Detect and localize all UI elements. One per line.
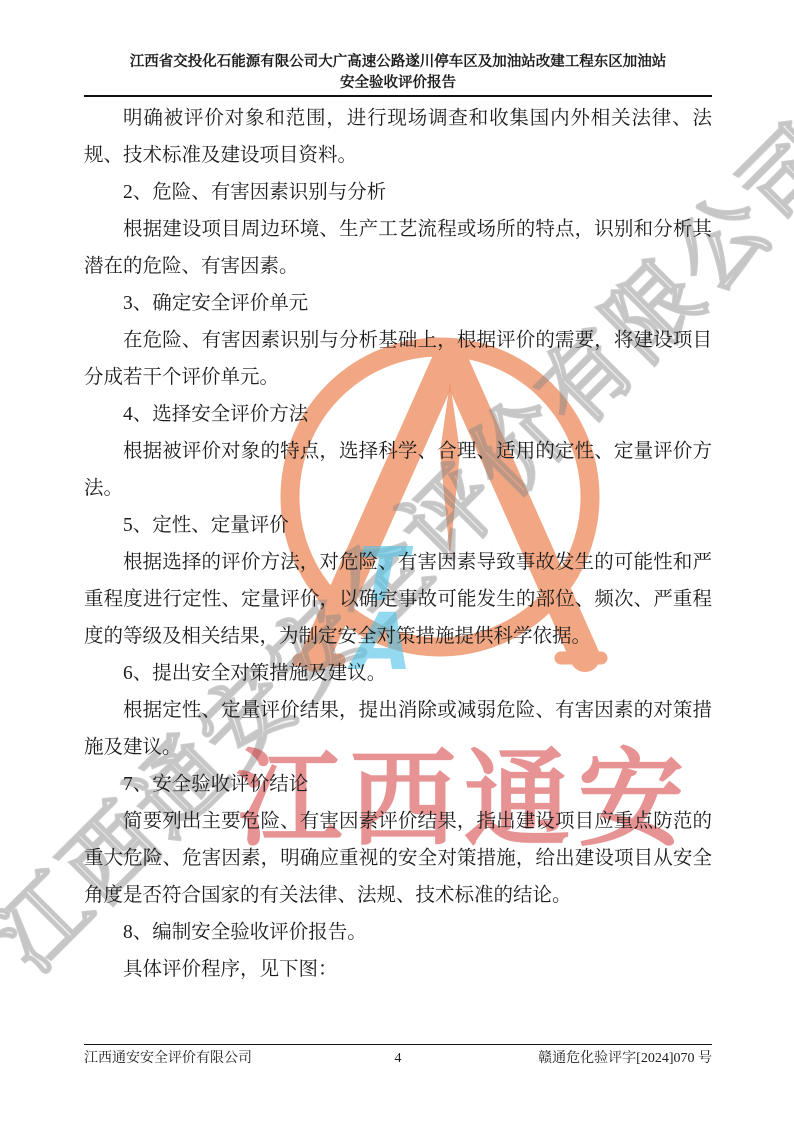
footer-company: 江西通安安全评价有限公司 bbox=[84, 1049, 395, 1069]
header-report-title: 安全验收评价报告 bbox=[84, 73, 712, 94]
body-paragraph: 3、确定安全评价单元 bbox=[84, 285, 712, 322]
header-rule bbox=[84, 95, 712, 97]
body-paragraph: 明确被评价对象和范围，进行现场调查和收集国内外相关法律、法规、技术标准及建设项目… bbox=[84, 100, 712, 174]
page-footer: 江西通安安全评价有限公司 4 赣通危化验评字[2024]070 号 bbox=[84, 1049, 712, 1069]
body-paragraph: 根据定性、定量评价结果，提出消除或减弱危险、有害因素的对策措施及建议。 bbox=[84, 692, 712, 766]
page-header: 江西省交投化石能源有限公司大广高速公路遂川停车区及加油站改建工程东区加油站 安全… bbox=[84, 52, 712, 94]
body-paragraph: 根据建设项目周边环境、生产工艺流程或场所的特点，识别和分析其潜在的危险、有害因素… bbox=[84, 211, 712, 285]
body-paragraph: 7、安全验收评价结论 bbox=[84, 766, 712, 803]
body-paragraph: 根据选择的评价方法，对危险、有害因素导致事故发生的可能性和严重程度进行定性、定量… bbox=[84, 544, 712, 655]
body-paragraph: 6、提出安全对策措施及建议。 bbox=[84, 655, 712, 692]
body-text-block: 明确被评价对象和范围，进行现场调查和收集国内外相关法律、法规、技术标准及建设项目… bbox=[84, 100, 712, 988]
footer-rule bbox=[84, 1044, 712, 1045]
body-paragraph: 在危险、有害因素识别与分析基础上，根据评价的需要，将建设项目分成若干个评价单元。 bbox=[84, 322, 712, 396]
body-paragraph: 具体评价程序，见下图： bbox=[84, 951, 712, 988]
footer-page-number: 4 bbox=[395, 1049, 402, 1069]
footer-doc-number: 赣通危化验评字[2024]070 号 bbox=[402, 1049, 713, 1069]
document-content: 江西省交投化石能源有限公司大广高速公路遂川停车区及加油站改建工程东区加油站 安全… bbox=[0, 0, 794, 1123]
body-paragraph: 8、编制安全验收评价报告。 bbox=[84, 914, 712, 951]
body-paragraph: 简要列出主要危险、有害因素评价结果，指出建设项目应重点防范的重大危险、危害因素，… bbox=[84, 803, 712, 914]
header-project-title: 江西省交投化石能源有限公司大广高速公路遂川停车区及加油站改建工程东区加油站 bbox=[84, 52, 712, 73]
body-paragraph: 4、选择安全评价方法 bbox=[84, 396, 712, 433]
report-page: 江西通安安全评价有限公司 T A 江西通安 江西省交投化石能源有限公司大广高速公… bbox=[0, 0, 794, 1123]
body-paragraph: 2、危险、有害因素识别与分析 bbox=[84, 174, 712, 211]
body-paragraph: 5、定性、定量评价 bbox=[84, 507, 712, 544]
body-paragraph: 根据被评价对象的特点，选择科学、合理、适用的定性、定量评价方法。 bbox=[84, 433, 712, 507]
